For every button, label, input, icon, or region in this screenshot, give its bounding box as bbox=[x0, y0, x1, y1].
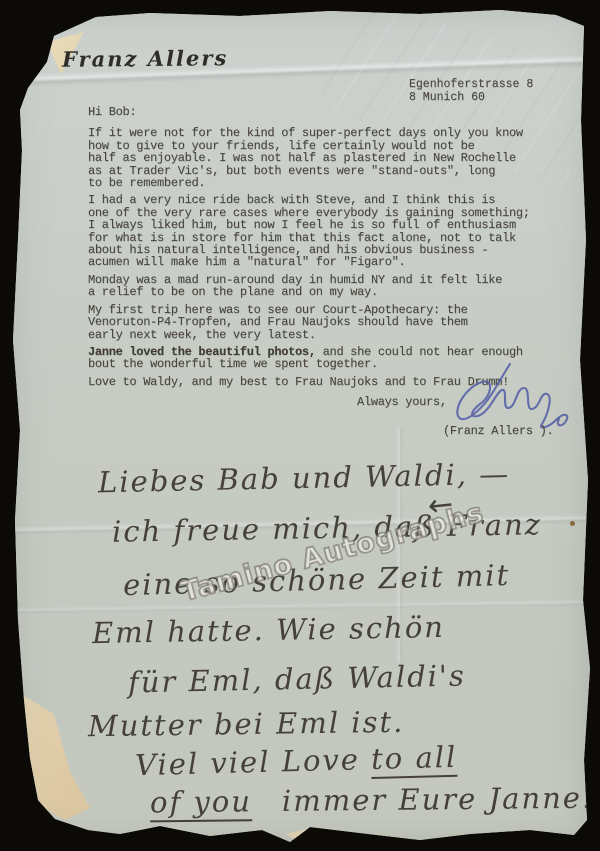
typed-signature-name: (Franz Allers ). bbox=[443, 424, 553, 438]
handwritten-text: Viel viel Love bbox=[135, 742, 372, 782]
paragraph: My first trip here was to see our Court-… bbox=[88, 304, 566, 341]
underlined-handwritten-text: to all bbox=[371, 740, 458, 779]
address-block: Egenhoferstrasse 8 8 Munich 60 bbox=[409, 78, 533, 104]
valediction: Always yours, bbox=[357, 395, 447, 409]
underlined-handwritten-text: of you bbox=[150, 784, 252, 822]
typed-letter-body: Hi Bob: If it were not for the kind of s… bbox=[88, 106, 566, 393]
handwritten-line-5: für Eml, daß Waldi's bbox=[128, 658, 466, 699]
handwritten-line-6: Mutter bei Eml ist. bbox=[88, 705, 405, 743]
salutation: Hi Bob: bbox=[88, 106, 566, 118]
paragraph: Janne loved the beautiful photos, and sh… bbox=[88, 346, 566, 371]
closing-line: Love to Waldy, and my best to Frau Naujo… bbox=[88, 376, 566, 388]
handwritten-text: immer Eure Janne. bbox=[282, 781, 594, 818]
handwritten-line-8: of youimmer Eure Janne. bbox=[150, 781, 594, 820]
paragraph: If it were not for the kind of super-per… bbox=[88, 127, 566, 189]
handwritten-line-4: Eml hatte. Wie schön bbox=[92, 610, 445, 650]
paragraph: Monday was a mad run-around day in humid… bbox=[88, 274, 566, 299]
paragraph: I had a very nice ride back with Steve, … bbox=[88, 194, 566, 268]
paper-speck bbox=[570, 521, 575, 526]
handwritten-line-7: Viel viel Love to all bbox=[135, 740, 458, 782]
letter-paper: Franz Allers Egenhoferstrasse 8 8 Munich… bbox=[0, 0, 600, 851]
letterhead-name: Franz Allers bbox=[62, 45, 228, 71]
